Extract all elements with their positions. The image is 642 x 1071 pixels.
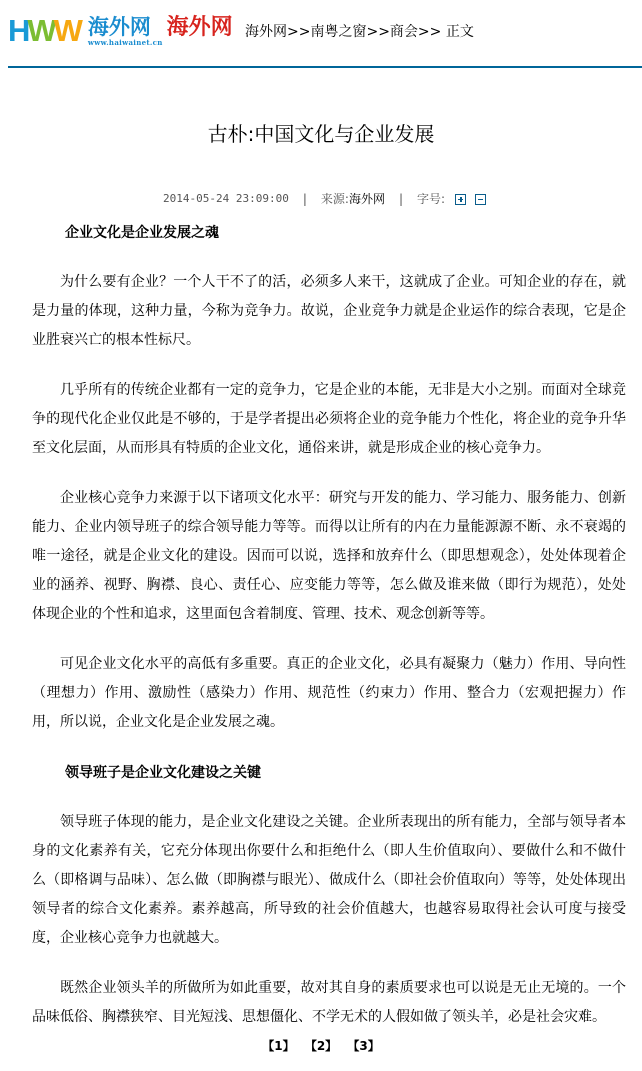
hww-logo-mark: H W W [8,16,80,46]
logo-letter-w2: W [54,16,80,46]
publish-datetime: 2014-05-24 23:09:00 [163,190,289,208]
page-link-3[interactable]: 【3】 [347,1039,379,1053]
meta-separator: | [399,190,403,208]
meta-separator: | [303,190,307,208]
paragraph: 几乎所有的传统企业都有一定的竞争力，它是企业的本能，无非是大小之别。而面对全球竞… [32,376,626,463]
font-decrease-button[interactable] [475,194,486,205]
minus-icon [478,199,483,201]
article-body: 企业文化是企业发展之魂 为什么要有企业？一个人干不了的活，必须多人来干，这就成了… [32,218,626,1032]
logo-letter-w1: W [27,16,53,46]
header-divider [8,66,642,68]
source-value: 海外网 [349,190,385,208]
page-link-2[interactable]: 【2】 [305,1039,337,1053]
logo-name-red: 海外网 [167,16,233,40]
logo-name-blue: 海外网 [88,16,163,38]
paragraph: 既然企业领头羊的所做所为如此重要，故对其自身的素质要求也可以说是无止无境的。一个… [32,974,626,1032]
site-logo[interactable]: H W W 海外网 www.haiwainet.cn 海外网 [8,16,233,50]
logo-letter-h: H [8,16,27,46]
site-header: H W W 海外网 www.haiwainet.cn 海外网 海外网>>南粤之窗… [0,0,642,70]
breadcrumb[interactable]: 海外网>>南粤之窗>>商会>> 正文 [245,22,474,42]
paragraph: 为什么要有企业？一个人干不了的活，必须多人来干，这就成了企业。可知企业的存在，就… [32,268,626,355]
article-meta: 2014-05-24 23:09:00 | 来源: 海外网 | 字号: [163,190,486,208]
font-increase-button[interactable] [455,194,466,205]
font-size-label: 字号: [417,190,445,208]
article-title: 古朴:中国文化与企业发展 [0,120,642,148]
plus-icon-vertical [460,197,462,202]
pagination: 【1】 【2】 【3】 [0,1036,642,1056]
page-link-1[interactable]: 【1】 [262,1039,294,1053]
paragraph: 企业核心竞争力来源于以下诸项文化水平：研究与开发的能力、学习能力、服务能力、创新… [32,484,626,629]
logo-url: www.haiwainet.cn [88,38,163,47]
paragraph: 可见企业文化水平的高低有多重要。真正的企业文化，必具有凝聚力（魅力）作用、导向性… [32,650,626,737]
breadcrumb-text[interactable]: 海外网>>南粤之窗>>商会>> 正文 [245,24,474,40]
section-heading: 企业文化是企业发展之魂 [32,218,626,248]
section-heading: 领导班子是企业文化建设之关键 [32,758,626,788]
source-label: 来源: [321,190,349,208]
logo-name-block: 海外网 www.haiwainet.cn [88,16,163,47]
paragraph: 领导班子体现的能力，是企业文化建设之关键。企业所表现出的所有能力，全部与领导者本… [32,808,626,953]
